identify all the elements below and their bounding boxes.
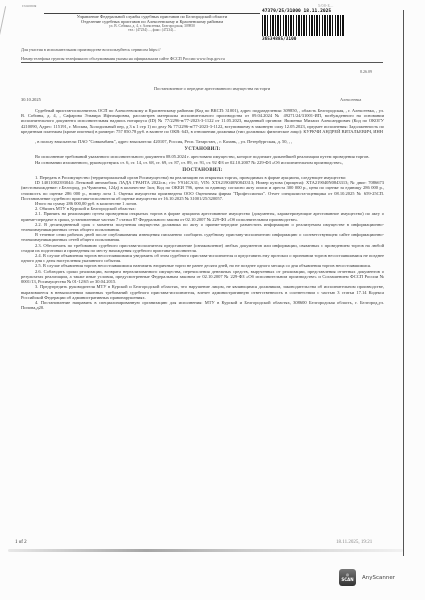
established-paragraph-1: Во исполнение требований указанного испо…: [21, 154, 384, 159]
item-2-5: 2.5. В случае объявления торгов несостоя…: [21, 263, 384, 268]
document-date: 30.10.2025: [21, 97, 41, 102]
handwritten-ref: 5/08-Б...: [318, 3, 334, 8]
scan-shadow: [8, 549, 403, 552]
document-body: Судебный пристав-исполнитель ОСП по Алек…: [21, 108, 384, 310]
item-2-3: 2.3. Обеспечить по требованию судебного …: [21, 243, 384, 253]
phone-notice: Номер телефона группы телефонного обслуж…: [21, 56, 383, 63]
document-place: Алексеевка: [340, 97, 361, 102]
portal-notice: Для участия в исполнительном производств…: [21, 47, 161, 52]
item-2-1: 2.1. Принять на реализацию путем проведе…: [21, 211, 384, 221]
item-3: 3. Предупредить руководителя МТУ в Курск…: [21, 284, 384, 300]
agency-phones: тел.: (47234) ..., факс: (47234)...: [44, 28, 260, 32]
document-code: 8.26.09: [360, 69, 372, 74]
item-2-6: 2.6. Соблюдать сроки реализации, возврат…: [21, 269, 384, 285]
established-paragraph-2: На основании изложенного, руководствуясь…: [21, 160, 384, 165]
property-description: ID 14011002393044: Легковой автомобиль Л…: [21, 180, 384, 201]
intro-paragraph: Судебный пристав-исполнитель ОСП по Алек…: [21, 108, 384, 134]
scanner-app-name: AnyScanner: [362, 575, 395, 581]
barcode-registration-number: 47379/25/31000 18.11.2025: [262, 9, 362, 14]
creditor-paragraph: , в пользу взыскателя: ПАО "Совкомбанк",…: [21, 139, 384, 144]
barcode-stamp: 47379/25/31000 18.11.2025 36534885/3100: [262, 9, 362, 49]
scanned-document-page: гл.копия 5/08-Б... Управление Федерально…: [0, 0, 425, 600]
barcode-number: 36534885/3100: [262, 37, 362, 42]
item-4: 4. Постановление направить в специализир…: [21, 300, 384, 310]
scan-app-icon: ◎ SCAN: [339, 569, 356, 586]
copy-stamp: гл.копия: [22, 3, 36, 8]
resolved-heading: ПОСТАНОВИЛ:: [21, 168, 384, 173]
page-border-right: [403, 10, 404, 556]
page-edge-mark: [0, 6, 6, 36]
established-heading: УСТАНОВИЛ:: [21, 147, 384, 152]
print-datetime: 18.11.2025, 19:21: [336, 540, 372, 545]
item-2-4: 2.4. В случае объявления торгов несостоя…: [21, 253, 384, 263]
barcode-icon: [262, 15, 344, 36]
document-title: Постановление о передаче арестованного и…: [21, 86, 403, 91]
page-number: 1 of 2: [15, 540, 27, 545]
anyscanner-watermark: ◎ SCAN AnyScanner: [339, 569, 395, 586]
item-2-2: 2.2. В десятидневный срок с момента полу…: [21, 222, 384, 232]
agency-header: Управление Федеральной службы судебных п…: [44, 14, 260, 32]
item-2-2-notice: В течение семи рабочих дней после опубли…: [21, 232, 384, 242]
